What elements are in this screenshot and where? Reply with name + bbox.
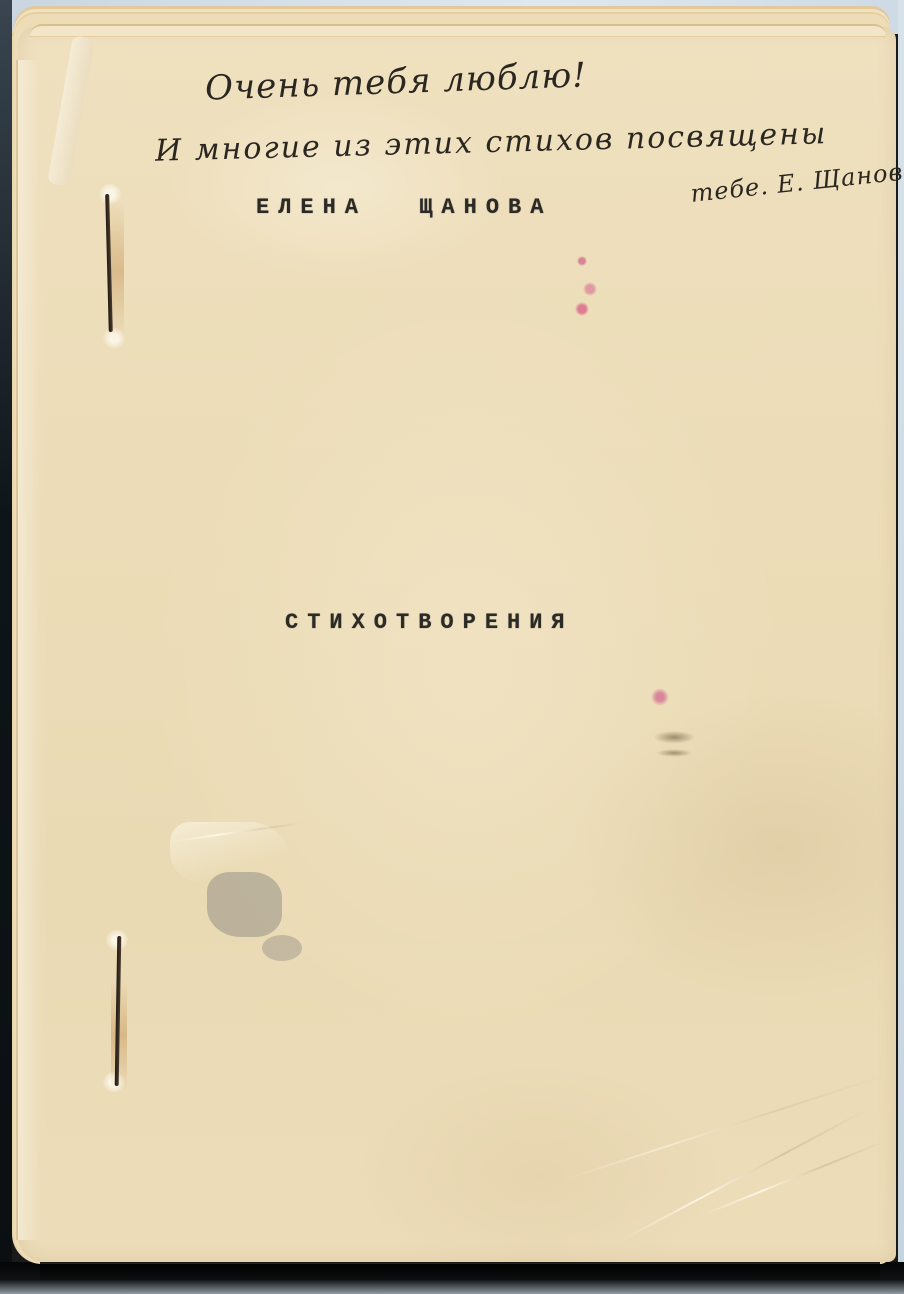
scanner-background-right bbox=[898, 0, 904, 1294]
booklet-title: СТИХОТВОРЕНИЯ bbox=[285, 610, 574, 635]
bottom-shadow bbox=[40, 1262, 880, 1280]
pink-ink-stain bbox=[640, 685, 680, 715]
brown-smudge bbox=[645, 725, 710, 760]
spine-wear bbox=[16, 60, 48, 1240]
grey-stain-small bbox=[262, 935, 302, 961]
scanner-background-left bbox=[0, 0, 12, 1294]
grey-stain bbox=[207, 872, 282, 937]
author-name: ЕЛЕНА ЩАНОВА bbox=[256, 195, 552, 220]
pink-ink-stain bbox=[570, 245, 610, 325]
cover-top-edge bbox=[30, 24, 886, 37]
